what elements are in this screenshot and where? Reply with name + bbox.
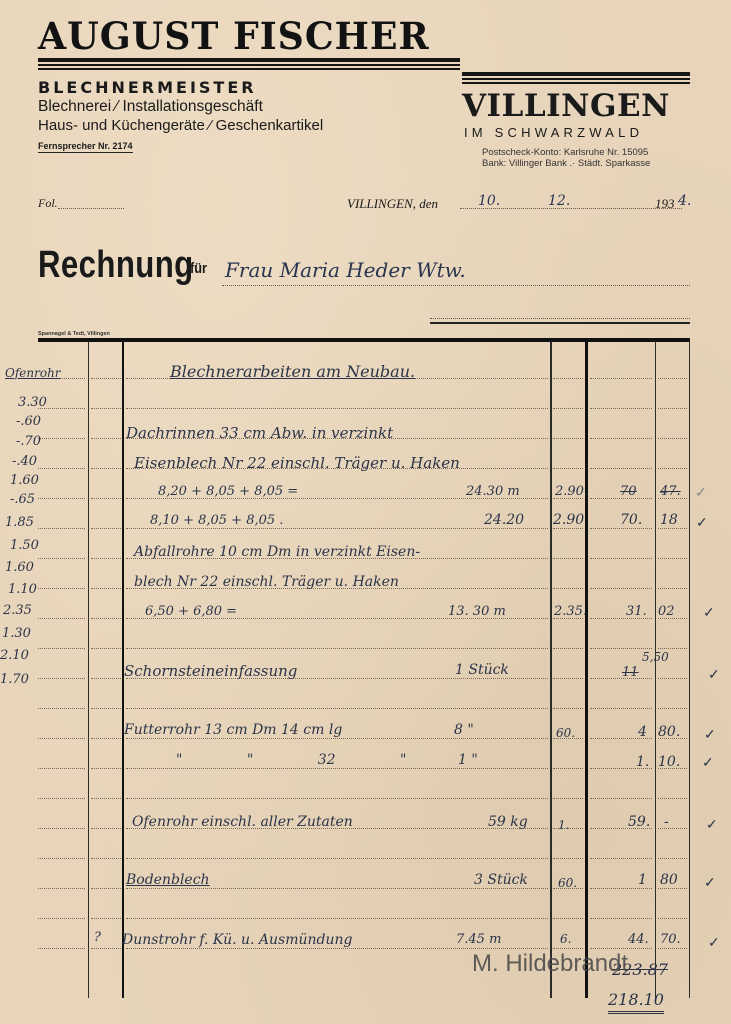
- item-amount-dec: -: [664, 814, 669, 830]
- table-top-rule: [38, 338, 690, 342]
- side-calc-value: 1.50: [10, 538, 39, 553]
- bank-info: Bank: Villinger Bank .· Städt. Sparkasse: [482, 158, 650, 169]
- row-line: [590, 528, 652, 529]
- item-amount-int: 1: [638, 872, 647, 888]
- side-calc-value: -.65: [10, 492, 35, 507]
- row-line: [658, 948, 687, 949]
- check-mark-icon: ✓: [696, 514, 708, 531]
- item-description: Schornsteineinfassung: [124, 662, 297, 680]
- item-unit-price: 1.: [558, 818, 569, 832]
- row-line: [38, 678, 85, 679]
- row-line: [38, 918, 85, 919]
- side-calc-value: -.70: [16, 434, 41, 449]
- row-line: [658, 648, 687, 649]
- row-line: [91, 648, 121, 649]
- row-line: [590, 918, 652, 919]
- date-year-prefix: 193: [655, 196, 675, 212]
- item-unit-price: 2.90: [553, 512, 584, 528]
- row-line: [38, 828, 85, 829]
- recipient-field: [222, 285, 690, 286]
- item-description: " " 32 ": [176, 752, 406, 768]
- row-line: [126, 798, 548, 799]
- check-mark-icon: ✓: [703, 604, 715, 621]
- row-line: [590, 408, 652, 409]
- row-line: [658, 678, 687, 679]
- row-line: [590, 378, 652, 379]
- side-calc-value: 2.10: [0, 648, 29, 663]
- row-line: [590, 468, 652, 469]
- check-mark-icon: ✓: [704, 874, 716, 891]
- item-description: 8,20 + 8,05 + 8,05 =: [158, 484, 298, 499]
- row-line: [38, 798, 85, 799]
- row-line: [126, 648, 548, 649]
- item-amount-dec: 02: [658, 604, 675, 619]
- item-description: Futterrohr 13 cm Dm 14 cm lg: [124, 722, 342, 738]
- address-field: [430, 318, 690, 319]
- row-line: [91, 858, 121, 859]
- row-line: [38, 528, 85, 529]
- row-line: [126, 948, 548, 949]
- row-line: [91, 498, 121, 499]
- row-line: [590, 588, 652, 589]
- item-description: Dachrinnen 33 cm Abw. in verzinkt: [126, 424, 393, 442]
- item-quantity: 13. 30 m: [448, 604, 506, 619]
- row-line: [553, 798, 583, 799]
- column-line: [655, 342, 656, 998]
- row-line: [38, 618, 85, 619]
- company-rule: [38, 58, 460, 70]
- row-line: [126, 888, 548, 889]
- row-line: [590, 678, 652, 679]
- row-line: [658, 918, 687, 919]
- side-calc-value: 1.30: [2, 626, 31, 641]
- row-line: [38, 738, 85, 739]
- item-quantity: 8 ": [454, 722, 474, 738]
- row-line: [590, 948, 652, 949]
- row-line: [38, 648, 85, 649]
- address-rule: [430, 322, 690, 324]
- date-label: VILLINGEN, den: [347, 196, 438, 212]
- item-description: Eisenblech Nr 22 einschl. Träger u. Hake…: [134, 454, 460, 472]
- row-line: [590, 648, 652, 649]
- item-unit-price: 60.: [556, 726, 575, 740]
- side-calc-value: 1.60: [10, 473, 39, 488]
- item-description: 6,50 + 6,80 =: [145, 604, 237, 619]
- recipient-name: Frau Maria Heder Wtw.: [225, 258, 466, 282]
- date-day: 10.: [478, 193, 500, 209]
- invoice-total: 218.10: [608, 990, 664, 1014]
- side-calc-value: -.60: [16, 414, 41, 429]
- row-line: [658, 858, 687, 859]
- row-line: [658, 588, 687, 589]
- row-line: [38, 588, 85, 589]
- item-amount-int: 4: [638, 724, 647, 740]
- item-amount-int: 59.: [628, 814, 650, 830]
- column-line: [550, 342, 552, 998]
- row-line: [91, 618, 121, 619]
- item-quantity: 7.45 m: [456, 932, 501, 947]
- row-line: [553, 678, 583, 679]
- row-line: [38, 858, 85, 859]
- side-calc-value: 1.70: [0, 672, 29, 687]
- item-amount-dec: 10.: [658, 754, 680, 770]
- item-amount-int: 70: [620, 484, 637, 499]
- city-name: VILLINGEN: [462, 88, 670, 124]
- row-line: [91, 828, 121, 829]
- region-name: IM SCHWARZWALD: [464, 125, 643, 140]
- row-line: [590, 858, 652, 859]
- city-rule: [462, 72, 690, 84]
- item-description: Ofenrohr einschl. aller Zutaten: [132, 814, 353, 830]
- item-quantity: 3 Stück: [474, 872, 528, 888]
- row-line: [91, 738, 121, 739]
- services-line-1: Blechnerei ⁄ Installationsgeschäft: [38, 98, 263, 116]
- item-quantity: 1 ": [458, 752, 478, 768]
- row-line: [91, 438, 121, 439]
- row-line: [38, 468, 85, 469]
- row-line: [553, 468, 583, 469]
- row-line: [91, 558, 121, 559]
- row-line: [91, 798, 121, 799]
- item-amount-dec: 47.: [660, 484, 681, 499]
- row-line: [553, 438, 583, 439]
- row-line: [658, 708, 687, 709]
- side-calc-value: 2.35: [3, 603, 32, 618]
- side-calc-value: -.40: [12, 454, 37, 469]
- trade-title: BLECHNERMEISTER: [38, 78, 257, 97]
- item-unit-price: 2.35.: [554, 604, 587, 619]
- row-line: [553, 948, 583, 949]
- item-unit-price: 60.: [558, 876, 577, 890]
- printer-imprint: Spannagel & Tedt, Villingen: [38, 331, 110, 337]
- section-heading: Blechnerarbeiten am Neubau.: [170, 362, 415, 381]
- row-line: [91, 528, 121, 529]
- item-amount-int: 70.: [620, 512, 642, 528]
- postal-account: Postscheck-Konto: Karlsruhe Nr. 15095: [482, 147, 648, 158]
- check-mark-icon: ✓: [702, 754, 714, 771]
- row-line: [553, 528, 583, 529]
- row-line: [658, 468, 687, 469]
- row-line: [553, 858, 583, 859]
- item-amount-int: 11: [622, 665, 639, 680]
- item-amount-int: 31.: [626, 604, 647, 619]
- item-amount-dec: 18: [660, 512, 678, 528]
- item-amount-int: 44.: [628, 932, 649, 947]
- date-month: 12.: [548, 193, 570, 209]
- check-mark-icon: ✓: [708, 934, 720, 951]
- item-amount-dec: 70.: [660, 932, 681, 947]
- item-description: Dunstrohr f. Kü. u. Ausmündung: [122, 932, 353, 948]
- row-line: [91, 948, 121, 949]
- row-line: [658, 408, 687, 409]
- item-quantity: 24.30 m: [466, 484, 520, 499]
- row-line: [38, 888, 85, 889]
- company-name: AUGUST FISCHER: [38, 14, 430, 58]
- row-line: [91, 378, 121, 379]
- side-calc-heading: Ofenrohr: [5, 366, 61, 380]
- row-line: [91, 408, 121, 409]
- row-line: [590, 798, 652, 799]
- for-label: für: [190, 260, 207, 277]
- row-line: [38, 948, 85, 949]
- row-line: [658, 378, 687, 379]
- row-line: [553, 378, 583, 379]
- row-line: [658, 828, 687, 829]
- row-line: [553, 708, 583, 709]
- watermark: M. Hildebrandt: [472, 950, 628, 978]
- item-amount-dec: 80: [660, 872, 678, 888]
- row-line: [553, 648, 583, 649]
- item-quantity: 1 Stück: [455, 662, 509, 678]
- date-year-digit: 4.: [678, 193, 691, 209]
- row-line: [126, 918, 548, 919]
- row-line: [658, 888, 687, 889]
- row-line: [38, 498, 85, 499]
- row-line: [91, 588, 121, 589]
- row-line: [658, 798, 687, 799]
- row-line: [91, 678, 121, 679]
- side-calc-value: 1.60: [5, 560, 34, 575]
- item-quantity: 24.20: [484, 512, 524, 528]
- check-mark-icon: ✓: [708, 666, 720, 683]
- phone-number: Fernsprecher Nr. 2174: [38, 141, 133, 153]
- item-unit-price: 6.: [560, 932, 571, 946]
- row-line: [126, 408, 548, 409]
- side-calc-value: 1.10: [8, 582, 37, 597]
- row-line: [553, 768, 583, 769]
- column-line: [689, 342, 690, 998]
- row-line: [590, 888, 652, 889]
- item-description: blech Nr 22 einschl. Träger u. Haken: [134, 574, 399, 590]
- item-description: Abfallrohre 10 cm Dm in verzinkt Eisen-: [134, 544, 420, 560]
- row-line: [91, 468, 121, 469]
- row-line: [126, 858, 548, 859]
- folio-label: Fol.: [38, 196, 58, 211]
- row-line: [590, 438, 652, 439]
- row-line: [91, 768, 121, 769]
- row-line: [590, 708, 652, 709]
- folio-field: [58, 208, 124, 209]
- check-mark-icon: ✓: [704, 726, 716, 743]
- item-marker: ?: [94, 930, 101, 945]
- item-quantity: 59 kg: [488, 814, 528, 830]
- side-calc-value: 3.30: [18, 395, 47, 410]
- check-mark-icon: ✓: [706, 816, 718, 833]
- check-mark-icon: ✓: [695, 484, 707, 501]
- row-line: [658, 528, 687, 529]
- row-line: [38, 438, 85, 439]
- row-line: [91, 888, 121, 889]
- row-line: [658, 558, 687, 559]
- row-line: [590, 558, 652, 559]
- column-line: [585, 342, 588, 998]
- item-amount-int: 1.: [636, 754, 649, 770]
- row-line: [91, 708, 121, 709]
- services-line-2: Haus- und Küchengeräte ⁄ Geschenkartikel: [38, 117, 323, 134]
- column-line: [88, 342, 89, 998]
- row-line: [126, 528, 548, 529]
- item-description: Bodenblech: [126, 872, 210, 888]
- row-line: [553, 588, 583, 589]
- row-line: [126, 768, 548, 769]
- row-line: [91, 918, 121, 919]
- row-line: [38, 768, 85, 769]
- item-amount-correction: 5,50: [642, 650, 669, 664]
- invoice-title: Rechnung: [38, 243, 194, 287]
- row-line: [126, 708, 548, 709]
- row-line: [553, 918, 583, 919]
- row-line: [38, 708, 85, 709]
- row-line: [658, 438, 687, 439]
- item-amount-dec: 80.: [658, 724, 680, 740]
- row-line: [126, 738, 548, 739]
- row-line: [38, 558, 85, 559]
- item-description: 8,10 + 8,05 + 8,05 .: [150, 513, 283, 528]
- row-line: [553, 558, 583, 559]
- side-calc-value: 1.85: [5, 515, 34, 530]
- row-line: [553, 408, 583, 409]
- item-unit-price: 2.90.: [555, 484, 588, 499]
